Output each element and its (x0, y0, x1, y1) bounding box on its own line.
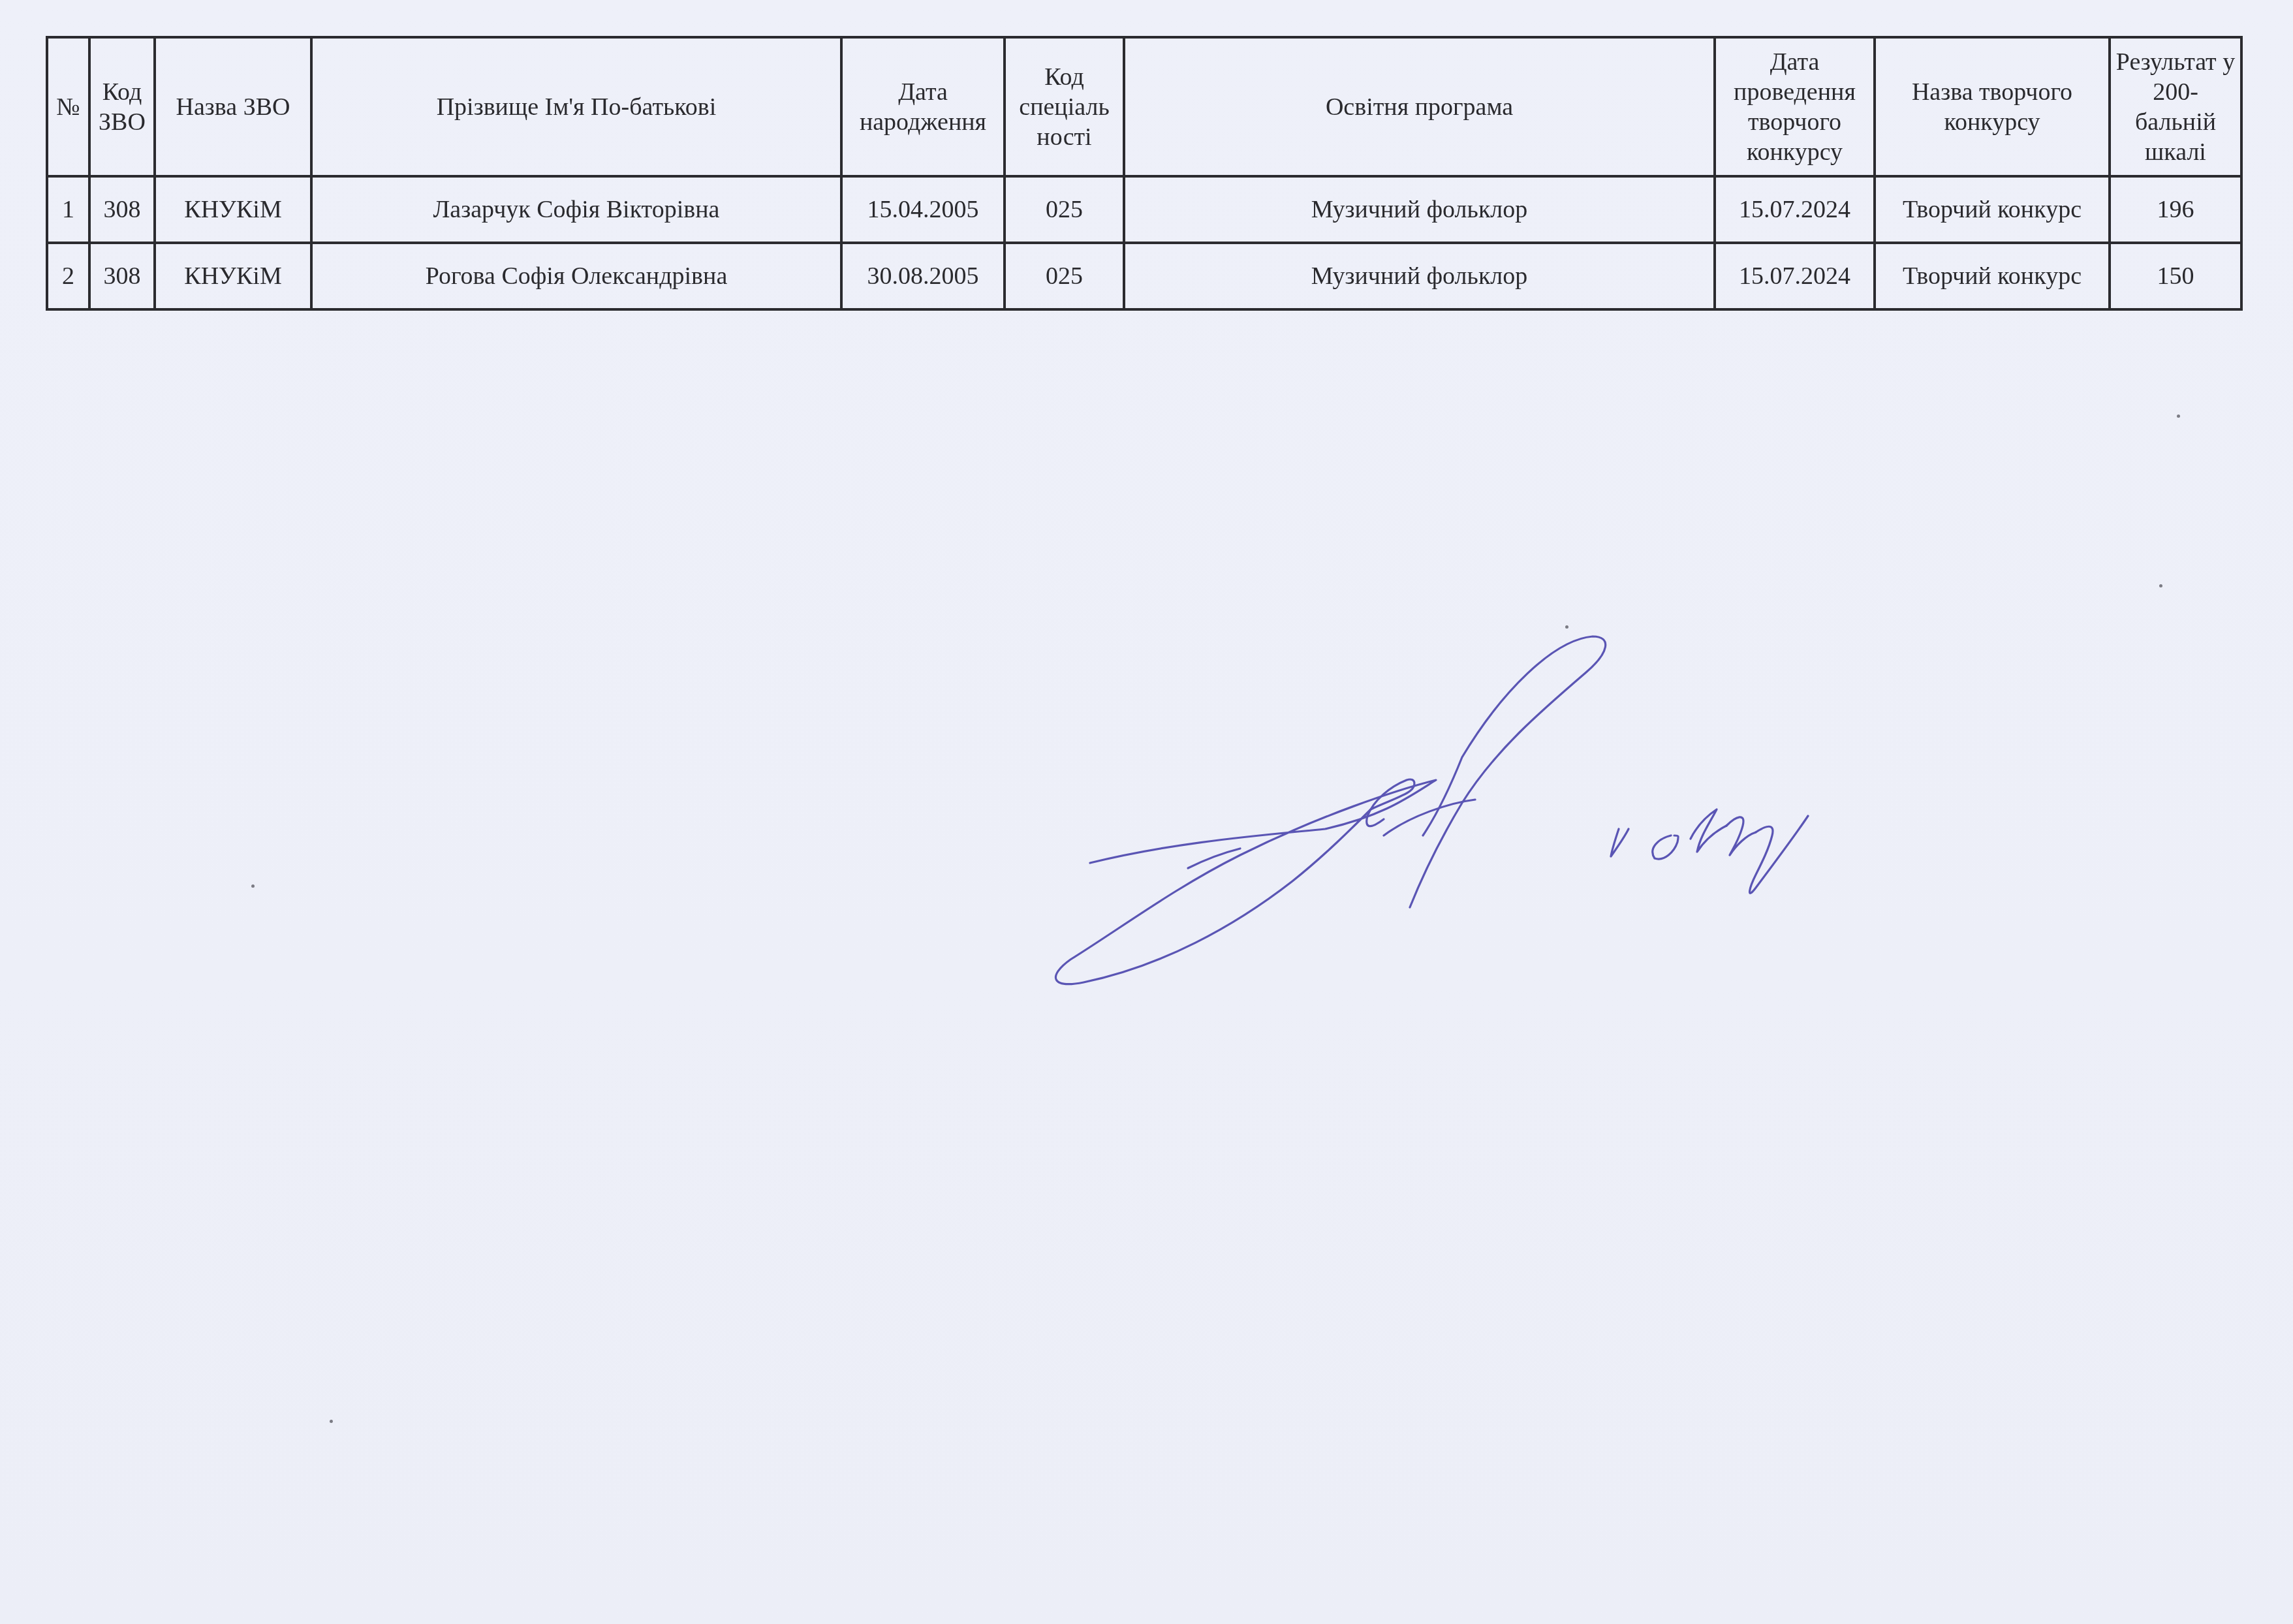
cell-birth-date: 15.04.2005 (841, 176, 1005, 243)
cell-birth-date: 30.08.2005 (841, 243, 1005, 309)
signature-icon (1044, 620, 2056, 1044)
cell-program: Музичний фольклор (1124, 243, 1715, 309)
header-specialty-code: Код спеціаль ності (1005, 37, 1124, 176)
table-row: 1 308 КНУКіМ Лазарчук Софія Вікторівна 1… (47, 176, 2241, 243)
scanned-page: № Код ЗВО Назва ЗВО Прізвище Ім'я По-бат… (0, 0, 2293, 1624)
header-zvo-code: Код ЗВО (89, 37, 155, 176)
cell-number: 2 (47, 243, 89, 309)
cell-specialty-code: 025 (1005, 176, 1124, 243)
cell-contest-date: 15.07.2024 (1715, 176, 1875, 243)
dust-speck (330, 1420, 333, 1423)
header-contest-name: Назва творчого конкурсу (1875, 37, 2110, 176)
results-table: № Код ЗВО Назва ЗВО Прізвище Ім'я По-бат… (46, 36, 2243, 311)
cell-number: 1 (47, 176, 89, 243)
dust-speck (1565, 625, 1568, 629)
cell-specialty-code: 025 (1005, 243, 1124, 309)
cell-contest-date: 15.07.2024 (1715, 243, 1875, 309)
cell-zvo-name: КНУКіМ (155, 243, 311, 309)
cell-zvo-code: 308 (89, 243, 155, 309)
header-zvo-name: Назва ЗВО (155, 37, 311, 176)
cell-full-name: Лазарчук Софія Вікторівна (311, 176, 841, 243)
cell-program: Музичний фольклор (1124, 176, 1715, 243)
cell-contest-name: Творчий конкурс (1875, 176, 2110, 243)
header-row: № Код ЗВО Назва ЗВО Прізвище Ім'я По-бат… (47, 37, 2241, 176)
cell-zvo-name: КНУКіМ (155, 176, 311, 243)
cell-zvo-code: 308 (89, 176, 155, 243)
header-full-name: Прізвище Ім'я По-батькові (311, 37, 841, 176)
cell-contest-name: Творчий конкурс (1875, 243, 2110, 309)
dust-speck (2177, 414, 2180, 418)
header-program: Освітня програма (1124, 37, 1715, 176)
header-number: № (47, 37, 89, 176)
dust-speck (251, 884, 255, 888)
header-birth-date: Дата народження (841, 37, 1005, 176)
cell-score: 150 (2110, 243, 2241, 309)
header-score: Результат у 200-бальній шкалі (2110, 37, 2241, 176)
dust-speck (2159, 584, 2162, 587)
header-contest-date: Дата проведення творчого конкурсу (1715, 37, 1875, 176)
table-row: 2 308 КНУКіМ Рогова Софія Олександрівна … (47, 243, 2241, 309)
cell-full-name: Рогова Софія Олександрівна (311, 243, 841, 309)
cell-score: 196 (2110, 176, 2241, 243)
